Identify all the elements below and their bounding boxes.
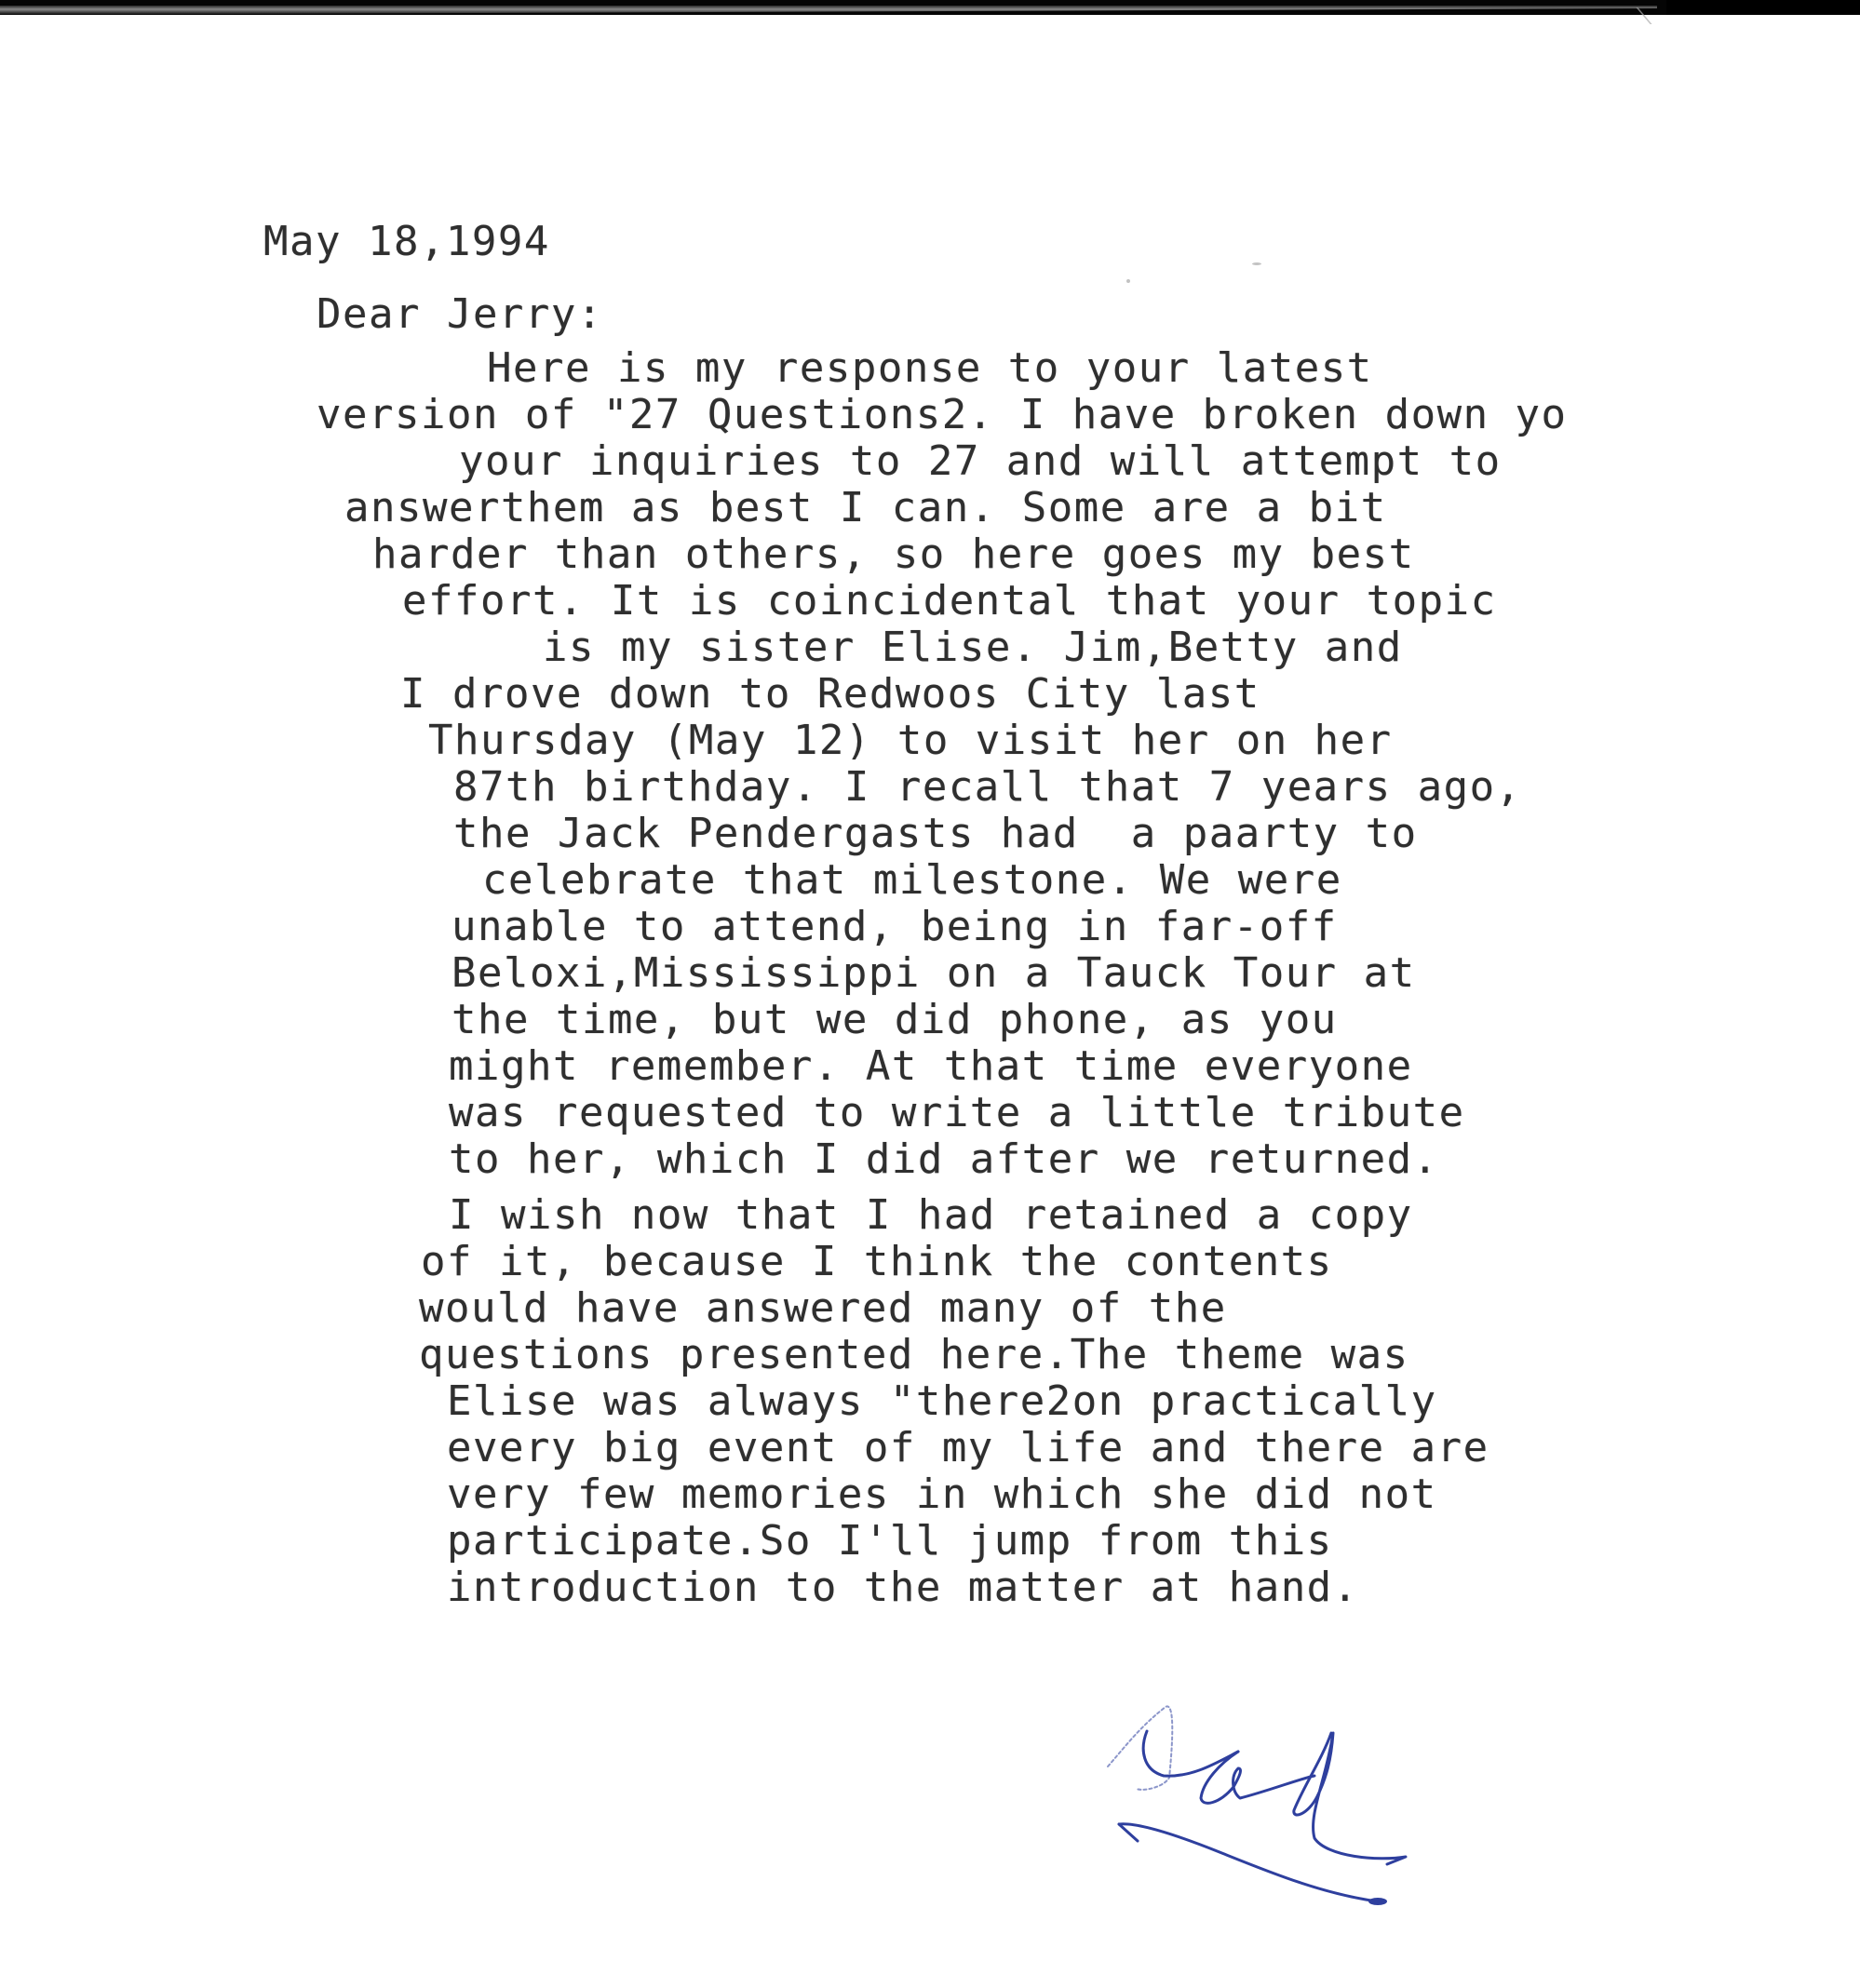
paper-speck — [1126, 279, 1130, 283]
letter-body-line: every big event of my life and there are — [447, 1428, 1489, 1469]
letter-body-line: your inquiries to 27 and will attempt to — [459, 441, 1502, 482]
letter-body-line: to her, which I did after we returned. — [449, 1139, 1439, 1180]
letter-body-line: I wish now that I had retained a copy — [449, 1195, 1413, 1236]
letter-body-line: unable to attend, being in far-off — [452, 907, 1338, 947]
letter-salutation: Dear Jerry: — [317, 294, 603, 335]
letter-body-line: harder than others, so here goes my best — [372, 534, 1415, 575]
letter-body-line: effort. It is coincidental that your top… — [402, 581, 1497, 622]
letter-body-line: version of "27 Questions2. I have broken… — [317, 395, 1568, 436]
letter-body-line: the Jack Pendergasts had a paarty to — [453, 813, 1418, 854]
letter-body-line: questions presented here.The theme was — [419, 1335, 1409, 1376]
handwritten-signature — [1098, 1685, 1434, 1927]
signature-icon — [1098, 1685, 1434, 1927]
letter-body-line: Here is my response to your latest — [487, 348, 1373, 389]
paper-speck — [1252, 262, 1261, 265]
letter-body-line: is my sister Elise. Jim,Betty and — [543, 627, 1403, 668]
letter-body-line: of it, because I think the contents — [421, 1242, 1333, 1283]
scan-top-right-edge — [1666, 0, 1860, 15]
letter-body-line: celebrate that milestone. We were — [482, 860, 1342, 901]
letter-body-line: Thursday (May 12) to visit her on her — [428, 720, 1393, 761]
letter-body-line: would have answered many of the — [419, 1288, 1227, 1329]
letter-body-line: Beloxi,Mississippi on a Tauck Tour at — [452, 953, 1416, 994]
letter-body-line: Elise was always "there2on practically — [447, 1381, 1437, 1422]
letter-body-line: very few memories in which she did not — [447, 1474, 1437, 1515]
letter-body-line: introduction to the matter at hand. — [447, 1567, 1359, 1608]
letter-body-line: answerthem as best I can. Some are a bit — [344, 488, 1387, 529]
letter-body-line: the time, but we did phone, as you — [452, 1000, 1338, 1041]
letter-body-line: participate.So I'll jump from this — [447, 1521, 1333, 1562]
letter-date: May 18,1994 — [263, 222, 550, 262]
letter-body-line: might remember. At that time everyone — [449, 1046, 1413, 1087]
letter-body-line: I drove down to Redwoos City last — [400, 674, 1260, 715]
letter-body-line: 87th birthday. I recall that 7 years ago… — [453, 767, 1522, 808]
letter-body-line: was requested to write a little tribute — [449, 1093, 1465, 1134]
